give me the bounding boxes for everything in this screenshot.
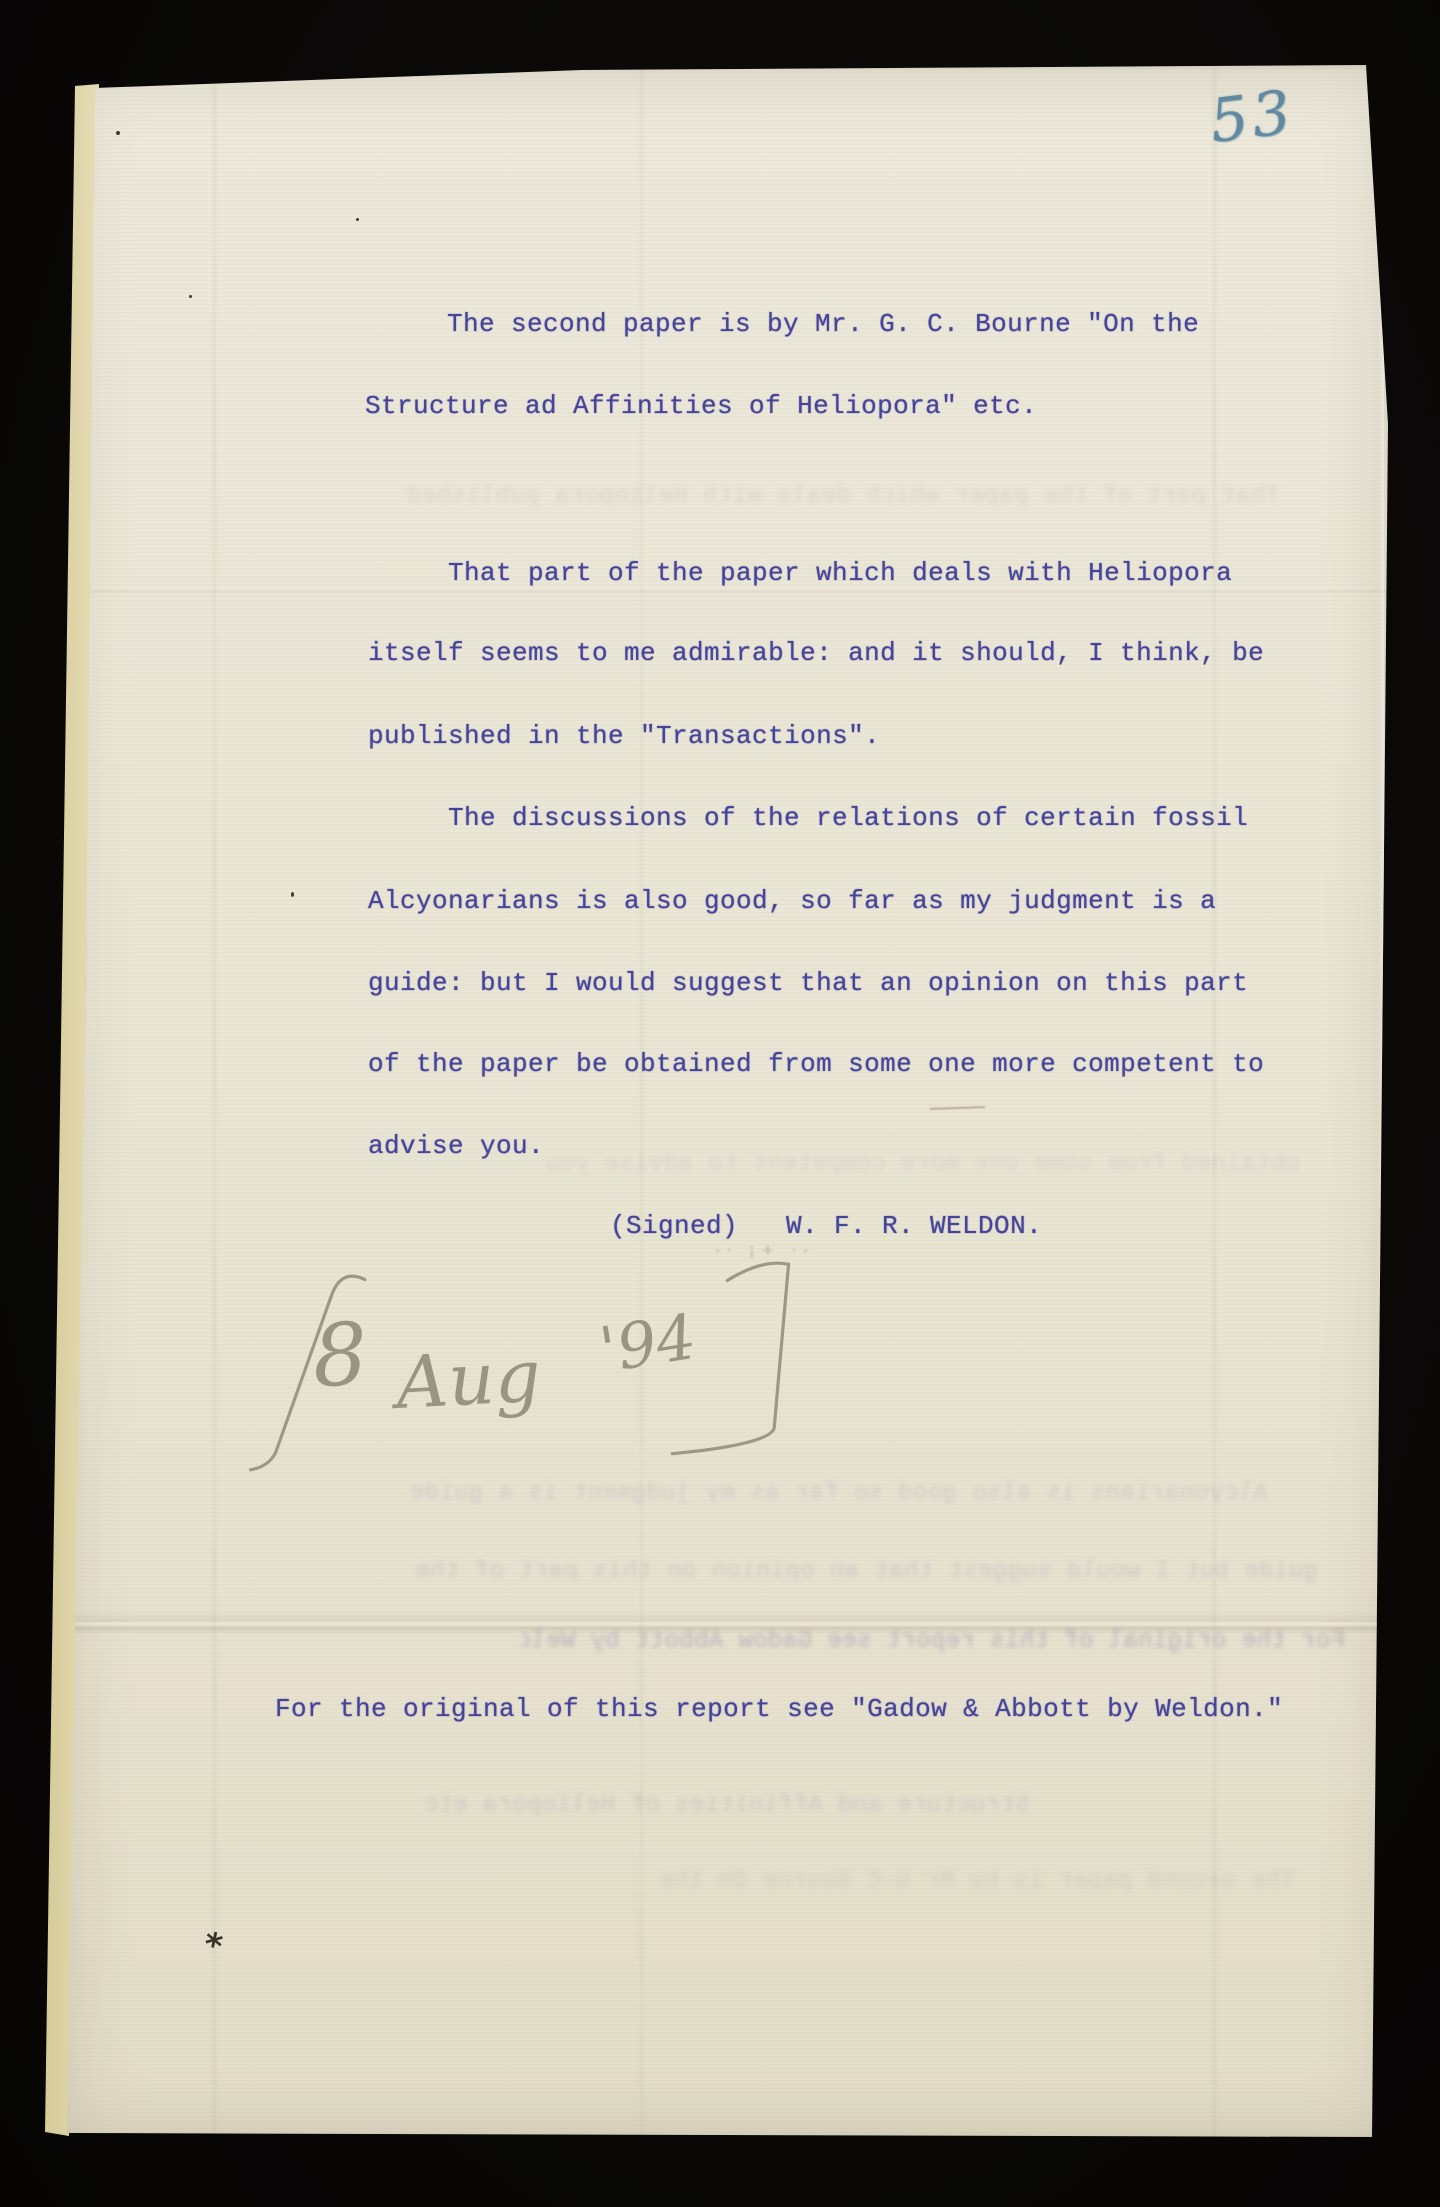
scan-background: That part of the paper which deals with … [0,0,1440,2207]
date-month: Aug [388,1334,543,1426]
paper-vignette [62,64,1392,2139]
bleedthrough-text: The second paper is by Mr G C Bourne On … [587,1868,1295,1898]
letter-line: advise you. [368,1129,544,1163]
letter-line: published in the "Transactions". [368,719,880,753]
letter-line: itself seems to me admirable: and it sho… [368,636,1264,670]
bleedthrough-text: guide but I would suggest that an opinio… [320,1558,1318,1588]
dust-speck [189,295,192,298]
letter-line: Structure ad Affinities of Heliopora" et… [365,389,1037,423]
bleedthrough-text: For the original of this report see Gado… [521,1628,1345,1658]
handwritten-page-number: 53 [1206,77,1298,157]
date-day: 8 [310,1305,370,1408]
vertical-crease [213,64,216,2139]
letter-line: of the paper be obtained from some one m… [368,1047,1264,1081]
bleedthrough-text: That part of the paper which deals with … [270,483,1280,513]
date-year: '94 [595,1300,701,1387]
signature-line: (Signed) W. F. R. WELDON. [610,1209,1042,1243]
ink-blot-mark: * [200,1925,226,1968]
dust-speck [116,131,120,135]
dust-speck [291,892,294,897]
letter-line: That part of the paper which deals with … [448,556,1232,590]
bleedthrough-text: Structure and Affinities of Heliopora et… [377,1792,1030,1822]
dust-speck [356,218,359,221]
letter-line: The discussions of the relations of cert… [448,801,1248,835]
vertical-crease [1213,64,1216,2139]
letter-line: guide: but I would suggest that an opini… [368,966,1248,1000]
document-page: That part of the paper which deals with … [62,64,1392,2139]
archival-note-line: For the original of this report see "Gad… [275,1692,1283,1726]
pencil-scribble: -· ¡+ ·- [715,1240,814,1259]
bleedthrough-text: obtained from some one more competent to… [500,1151,1300,1181]
vertical-crease [640,64,643,2139]
handwritten-date-annotation: 8 Aug '94 [230,1255,830,1535]
letter-line: Alcyonarians is also good, so far as my … [368,884,1216,918]
paper-texture [62,64,1392,2139]
letter-line: The second paper is by Mr. G. C. Bourne … [447,307,1199,341]
paper-scratch [930,1106,985,1110]
fold-crease-lower [62,1612,1392,1634]
